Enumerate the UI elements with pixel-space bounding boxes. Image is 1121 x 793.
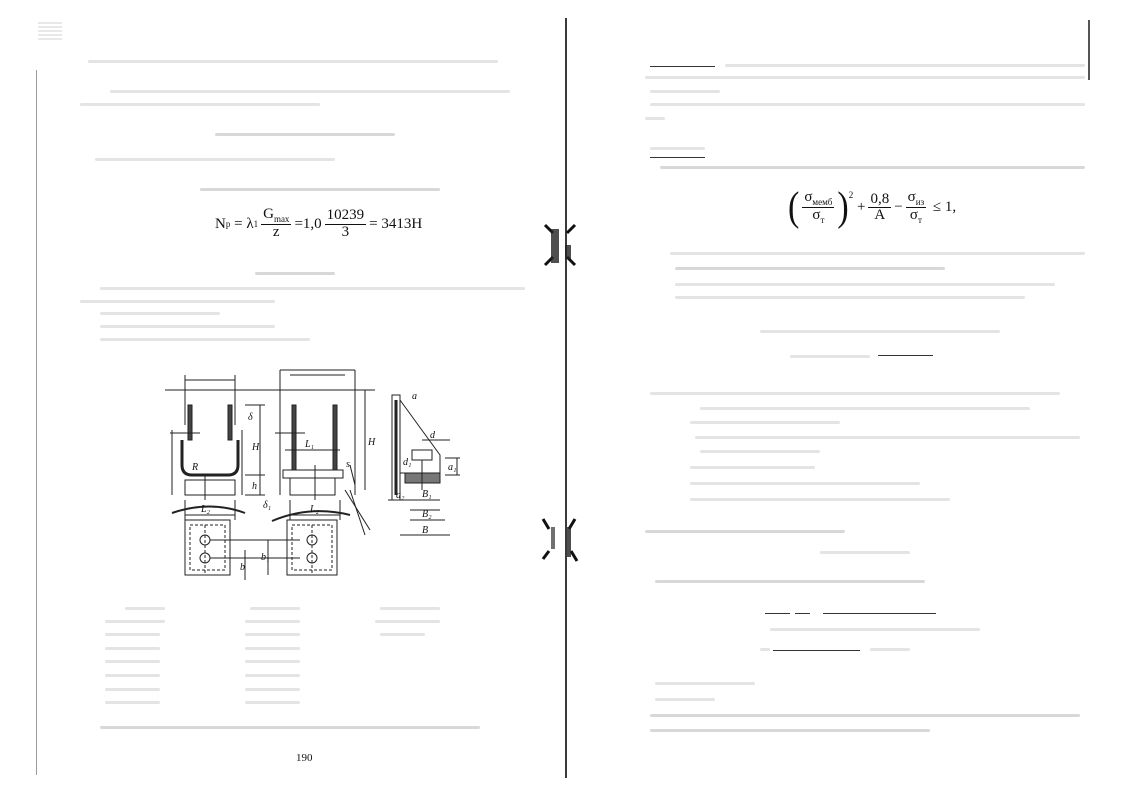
svg-text:d: d: [430, 430, 436, 441]
svg-text:d₁: d₁: [403, 457, 411, 468]
left-page-edge: [36, 70, 37, 775]
svg-text:b₁: b₁: [261, 552, 269, 563]
spine-smudge-top: [535, 215, 585, 275]
svg-text:h: h: [252, 481, 257, 492]
corner-stamp: [38, 22, 62, 40]
svg-text:R: R: [191, 462, 198, 473]
svg-text:a: a: [412, 391, 417, 402]
svg-text:H: H: [251, 442, 260, 453]
svg-text:a₁: a₁: [448, 462, 456, 473]
svg-text:L₁: L₁: [304, 439, 314, 450]
formula-stability-check: ( σмембσт )2 + 0,8A − σизσт ≤ 1,: [788, 190, 956, 226]
svg-text:δ: δ: [248, 412, 253, 423]
svg-text:B: B: [422, 525, 428, 536]
svg-text:b: b: [240, 562, 245, 573]
svg-text:s: s: [346, 459, 350, 470]
bracket-technical-drawing: R L₂ L₂ L₁ H H h s δ δ₁ b b₁ a a₁ a₂ d d…: [160, 365, 510, 590]
page-number: 190: [296, 752, 313, 764]
svg-text:δ₁: δ₁: [263, 500, 271, 511]
svg-text:B₂: B₂: [422, 509, 432, 520]
bracket-plan-view-middle: [287, 520, 337, 575]
formula-axial-force: Np = λ1 Gmaxz = 1,0 102393 = 3413H: [215, 207, 422, 241]
right-page-edge: [1088, 20, 1090, 80]
svg-text:L₂: L₂: [309, 504, 320, 515]
svg-text:H: H: [367, 437, 376, 448]
spine-smudge-bottom: [535, 515, 585, 570]
svg-text:B₁: B₁: [422, 489, 432, 500]
svg-text:L₂: L₂: [200, 504, 211, 515]
svg-text:a₂: a₂: [396, 490, 405, 501]
book-spine: [565, 18, 567, 778]
